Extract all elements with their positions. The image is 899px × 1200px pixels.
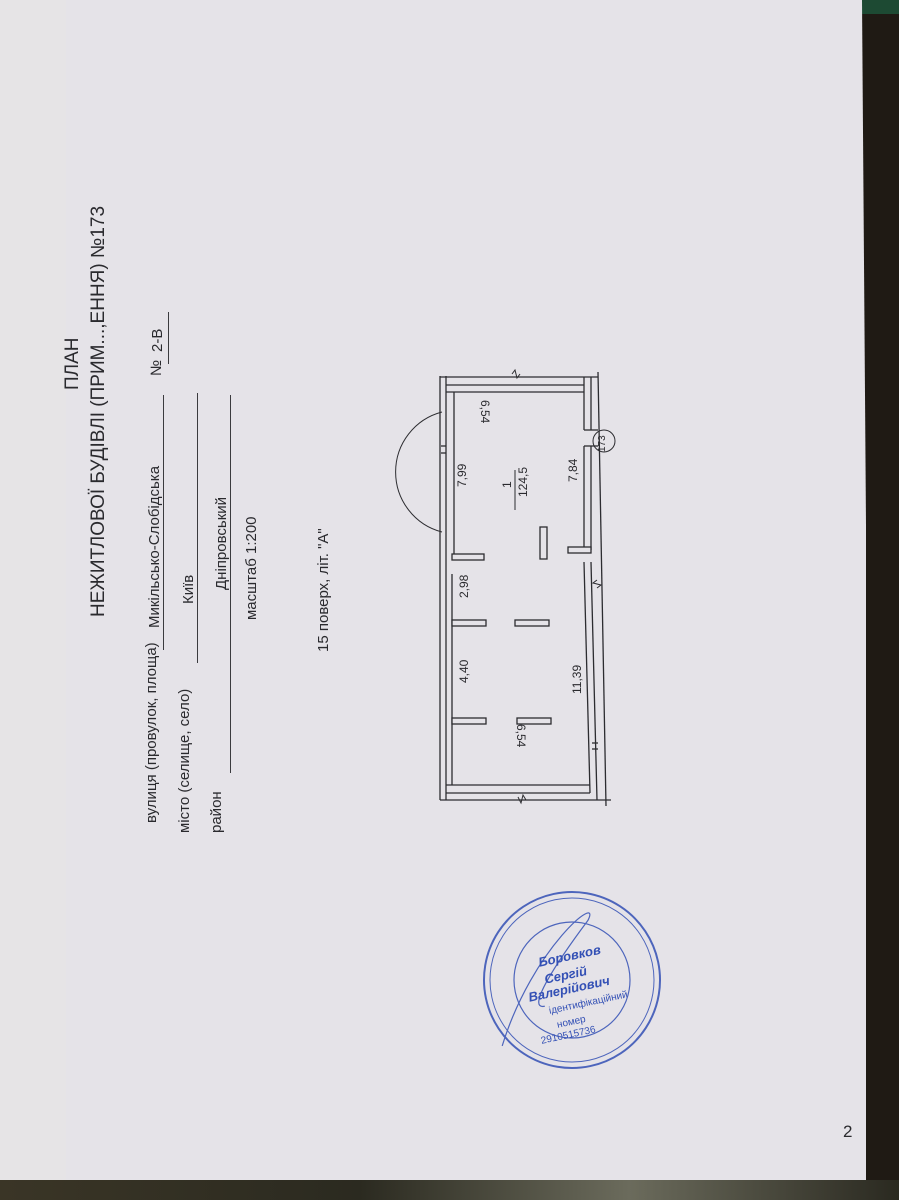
sheet-number: 2 xyxy=(843,1122,852,1142)
seal-stamp xyxy=(0,0,899,1200)
background-surface xyxy=(0,1180,899,1200)
